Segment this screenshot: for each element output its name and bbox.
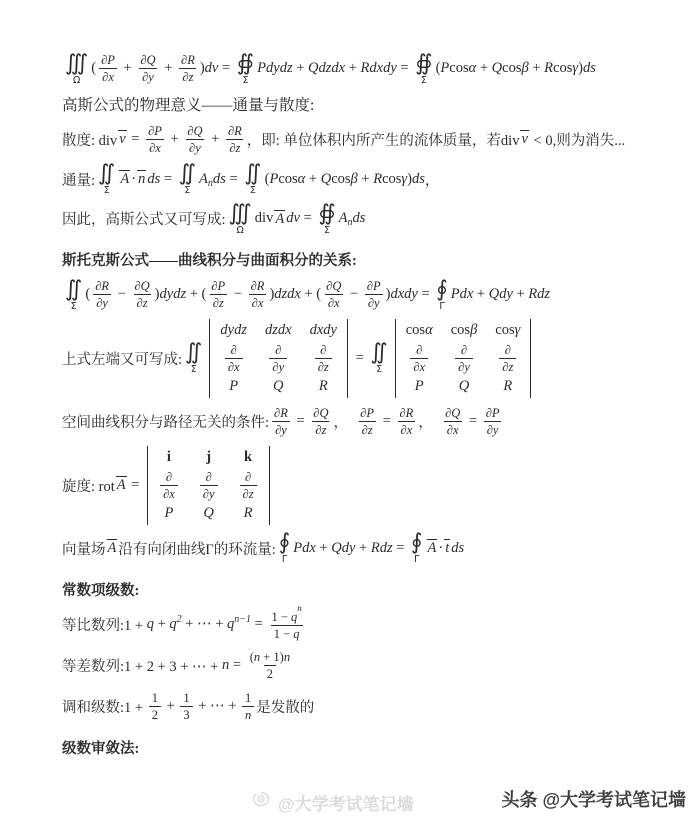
integral-operator: ∮Γ <box>436 279 447 312</box>
overbar-variable: v <box>118 130 126 148</box>
determinant-cell: i <box>167 449 171 466</box>
fraction: ∂P∂x <box>145 123 165 157</box>
toutiao-watermark-text: 头条 @大学考试笔记墙 <box>501 790 686 810</box>
fraction: ∂R∂x <box>397 405 417 439</box>
determinant-cell: ∂∂x <box>408 342 430 376</box>
gauss-rewritten: 因此，高斯公式又可写成:∭ΩdivAdv = ∯ΣAnds <box>62 203 668 236</box>
determinant-cell: R <box>503 378 512 395</box>
determinant-cell: k <box>244 449 252 466</box>
determinant-cell: Q <box>273 378 283 395</box>
overbar-variable: n <box>137 170 146 188</box>
determinant-cell: cosγ <box>495 322 520 339</box>
determinant-form: 上式左端又可写成:∬Σdydzdzdxdxdy∂∂x∂∂y∂∂zPQR = ∬Σ… <box>62 319 668 399</box>
determinant-cell: Q <box>203 505 213 522</box>
fraction: ∂R∂y <box>92 278 112 312</box>
fraction: ∂∂x <box>225 342 243 376</box>
determinant-cell: R <box>319 378 328 395</box>
fraction: ∂∂y <box>200 469 218 503</box>
integral-operator: ∯Σ <box>237 53 254 86</box>
determinant-cell: ∂∂y <box>267 342 289 376</box>
overbar-variable: A <box>116 476 127 494</box>
fraction: ∂Q∂z <box>310 405 331 439</box>
determinant-cell: dzdx <box>265 322 292 339</box>
series-heading: 常数项级数: <box>62 579 668 600</box>
fraction: 1n <box>242 690 254 724</box>
fraction: ∂P∂y <box>483 405 503 439</box>
fraction: ∂R∂y <box>271 405 291 439</box>
weibo-watermark-text: @大学考试笔记墙 <box>278 790 414 815</box>
determinant-cell: cosα <box>406 322 433 339</box>
determinant-cell: ∂∂z <box>497 342 518 376</box>
overbar-variable: v <box>520 130 528 148</box>
determinant-cell: cosβ <box>451 322 478 339</box>
harmonic-series: 调和级数:1 + 12 + 13 + ⋯ + 1n是发散的 <box>62 690 668 724</box>
integral-operator: ∬Σ <box>98 163 115 196</box>
weibo-icon <box>250 789 272 816</box>
determinant-cell: ∂∂z <box>238 469 259 503</box>
determinant-cell: dydz <box>220 322 247 339</box>
fraction: ∂∂z <box>315 342 332 376</box>
determinant-cell: ∂∂x <box>158 469 180 503</box>
fraction: ∂∂z <box>240 469 257 503</box>
fraction: ∂∂x <box>410 342 428 376</box>
fraction: ∂P∂z <box>208 278 228 312</box>
determinant: dydzdzdxdxdy∂∂x∂∂y∂∂zPQR <box>209 319 348 399</box>
gauss-formula: ∭Ω(∂P∂x + ∂Q∂y + ∂R∂z)dv = ∯ΣPdydz + Qdz… <box>62 52 668 86</box>
fraction: ∂P∂y <box>364 278 384 312</box>
overbar-variable: A <box>107 539 118 557</box>
stokes-formula: ∬Σ(∂R∂y − ∂Q∂z)dydz + (∂P∂z − ∂R∂x)dzdx … <box>62 278 668 312</box>
determinant-cell: dxdy <box>310 322 337 339</box>
determinant-cell: ∂∂y <box>453 342 475 376</box>
fraction: ∂Q∂z <box>131 278 152 312</box>
integral-operator: ∯Σ <box>415 53 432 86</box>
fraction: ∂R∂z <box>225 123 245 157</box>
fraction: ∂∂y <box>269 342 287 376</box>
integral-operator: ∬Σ <box>185 342 202 375</box>
integral-operator: ∭Ω <box>229 203 252 236</box>
gauss-physical-meaning: 高斯公式的物理意义——通量与散度: <box>62 93 668 115</box>
determinant: ijk∂∂x∂∂y∂∂zPQR <box>147 446 270 526</box>
notes-page: ∭Ω(∂P∂x + ∂Q∂y + ∂R∂z)dv = ∯ΣPdydz + Qdz… <box>0 0 690 824</box>
overbar-variable: A <box>427 539 438 557</box>
toutiao-watermark: 头条 @大学考试笔记墙 <box>501 786 686 812</box>
fraction: ∂P∂x <box>98 52 118 86</box>
determinant-cell: P <box>229 378 238 395</box>
arithmetic-series: 等差数列:1 + 2 + 3 + ⋯ + n = (n + 1)n2 <box>62 649 668 683</box>
stokes-heading: 斯托克斯公式——曲线积分与曲面积分的关系: <box>62 249 668 270</box>
integral-operator: ∯Σ <box>318 203 335 236</box>
fraction: (n + 1)n2 <box>247 649 293 683</box>
fraction: ∂∂y <box>455 342 473 376</box>
fraction: 12 <box>149 690 161 724</box>
fraction: ∂∂x <box>160 469 178 503</box>
integral-operator: ∬Σ <box>244 163 261 196</box>
determinant-cell: ∂∂y <box>198 469 220 503</box>
fraction: ∂P∂z <box>357 405 377 439</box>
determinant-cell: Q <box>459 378 469 395</box>
overbar-variable: A <box>119 170 130 188</box>
overbar-variable: A <box>274 210 285 228</box>
determinant-cell: j <box>206 449 211 466</box>
determinant-cell: P <box>415 378 424 395</box>
path-independence: 空间曲线积分与路径无关的条件:∂R∂y = ∂Q∂z， ∂P∂z = ∂R∂x，… <box>62 405 668 439</box>
circulation-line: 向量场A沿有向闭曲线Γ的环流量:∮ΓPdx + Qdy + Rdz = ∮ΓA·… <box>62 532 668 565</box>
convergence-tests-heading: 级数审敛法: <box>62 737 668 758</box>
overbar-variable: t <box>444 539 450 557</box>
fraction: ∂Q∂x <box>442 405 463 439</box>
fraction: ∂Q∂y <box>137 52 158 86</box>
determinant-cell: ∂∂x <box>223 342 245 376</box>
weibo-watermark: @大学考试笔记墙 <box>250 789 414 816</box>
fraction: 13 <box>180 690 192 724</box>
integral-operator: ∮Γ <box>279 532 290 565</box>
integral-operator: ∭Ω <box>65 53 88 86</box>
fraction: 1 − qn1 − q <box>268 608 304 643</box>
determinant-cell: R <box>244 505 253 522</box>
determinant-cell: P <box>165 505 174 522</box>
flux-line: 通量:∬ΣA·nds = ∬ΣAnds = ∬Σ(Pcosα + Qcosβ +… <box>62 163 668 196</box>
fraction: ∂∂z <box>499 342 516 376</box>
curl-line: 旋度: rotA = ijk∂∂x∂∂y∂∂zPQR <box>62 446 668 526</box>
fraction: ∂R∂x <box>248 278 268 312</box>
divergence-line: 散度: divv = ∂P∂x + ∂Q∂y + ∂R∂z，即: 单位体积内所产… <box>62 123 668 157</box>
integral-operator: ∬Σ <box>65 279 82 312</box>
geometric-series: 等比数列:1 + q + q2 + ⋯ + qn−1 = 1 − qn1 − q <box>62 608 668 643</box>
integral-operator: ∬Σ <box>179 163 196 196</box>
document-lines: ∭Ω(∂P∂x + ∂Q∂y + ∂R∂z)dv = ∯ΣPdydz + Qdz… <box>62 52 668 766</box>
determinant: cosαcosβcosγ∂∂x∂∂y∂∂zPQR <box>395 319 532 399</box>
integral-operator: ∮Γ <box>411 532 422 565</box>
determinant-cell: ∂∂z <box>313 342 334 376</box>
fraction: ∂Q∂y <box>184 123 205 157</box>
integral-operator: ∬Σ <box>370 342 387 375</box>
fraction: ∂Q∂x <box>323 278 344 312</box>
fraction: ∂R∂z <box>178 52 198 86</box>
